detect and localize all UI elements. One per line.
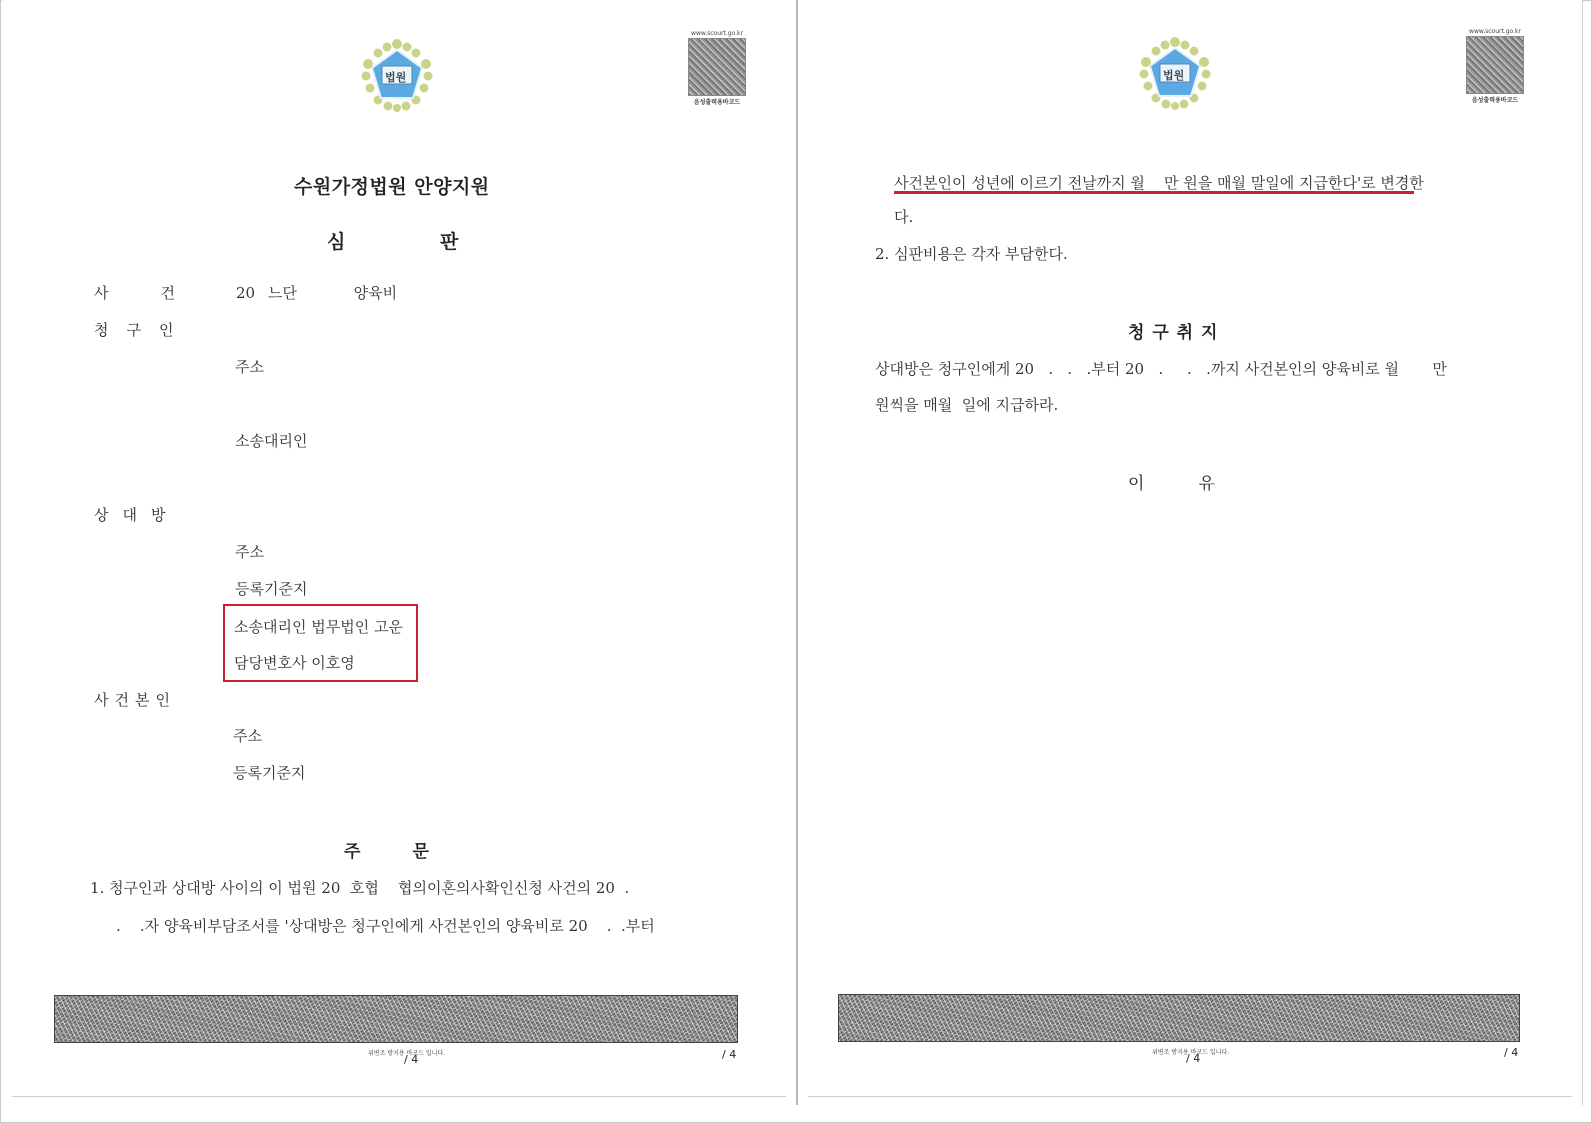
label-char: 건 bbox=[115, 691, 130, 709]
court-emblem-icon: 법원 bbox=[1138, 36, 1212, 110]
order-item-2: 2. 심판비용은 각자 부담한다. bbox=[875, 243, 1068, 264]
court-emblem-icon: 법원 bbox=[360, 38, 434, 112]
claimant-address-label: 주소 bbox=[235, 356, 264, 377]
court-name: 수원가정법원 안양지원 bbox=[294, 172, 490, 199]
respondent-registry-label: 등록기준지 bbox=[235, 578, 307, 599]
claimant-label: 청구인 bbox=[94, 319, 174, 340]
qr-caption: 음성출력용바코드 bbox=[1466, 95, 1524, 104]
heading-char: 주 bbox=[344, 842, 360, 862]
subject-label: 사건본인 bbox=[94, 689, 170, 710]
order-heading: 주문 bbox=[344, 837, 429, 862]
order-line-2: . .자 양육비부담조서를 '상대방은 청구인에게 사건본인의 양육비로 20 … bbox=[116, 915, 655, 936]
document-title: 심 판 bbox=[327, 227, 458, 254]
label-char: 청 bbox=[94, 321, 109, 339]
claim-heading: 청 구 취 지 bbox=[1128, 318, 1217, 343]
case-number: 20 느단 양육비 bbox=[236, 282, 397, 303]
respondent-agent-line: 소송대리인 법무법인 고운 bbox=[234, 616, 403, 637]
label-char: 상 bbox=[94, 506, 109, 524]
heading-char: 문 bbox=[412, 842, 428, 862]
label-char: 사 bbox=[94, 284, 109, 302]
qr-url: www.scourt.go.kr bbox=[1466, 28, 1524, 35]
qr-code-icon bbox=[688, 38, 746, 96]
page-number-center: / 4 bbox=[404, 1053, 418, 1066]
case-label: 사건 bbox=[94, 282, 175, 303]
qr-code-icon bbox=[1466, 36, 1524, 94]
claim-line-1: 상대방은 청구인에게 20 . . .부터 20 . . .까지 사건본인의 양… bbox=[875, 358, 1447, 379]
respondent-address-label: 주소 bbox=[235, 541, 264, 562]
label-char: 구 bbox=[127, 321, 142, 339]
label-char: 방 bbox=[151, 506, 166, 524]
heading-char: 유 bbox=[1198, 474, 1214, 494]
continued-order-line: 사건본인이 성년에 이르기 전날까지 월 만 원을 매월 말일에 지급한다'로 … bbox=[894, 172, 1424, 193]
qr-caption: 음성출력용바코드 bbox=[688, 97, 746, 106]
emblem-text: 법원 bbox=[385, 69, 406, 85]
continued-order-line-2: 다. bbox=[894, 206, 913, 227]
subject-address-label: 주소 bbox=[233, 725, 262, 746]
claim-line-2: 원씩을 매월 일에 지급하라. bbox=[875, 394, 1058, 415]
red-underline bbox=[894, 191, 1414, 194]
label-char: 인 bbox=[156, 691, 171, 709]
label-char: 사 bbox=[94, 691, 109, 709]
line-tail: 로 변경한 bbox=[1361, 174, 1424, 192]
respondent-lawyer-line: 담당변호사 이호영 bbox=[234, 652, 355, 673]
anti-forgery-barcode bbox=[54, 995, 738, 1043]
case-year: 20 bbox=[236, 284, 255, 302]
claimant-agent-label: 소송대리인 bbox=[235, 430, 307, 451]
qr-code-block: www.scourt.go.kr 음성출력용바코드 bbox=[688, 30, 746, 106]
underlined-text: 사건본인이 성년에 이르기 전날까지 월 만 원을 매월 말일에 지급한다' bbox=[894, 174, 1361, 192]
order-line-1: 1. 청구인과 상대방 사이의 이 법원 20 호협 협의이혼의사확인신청 사건… bbox=[90, 877, 629, 898]
page-number-right: / 4 bbox=[722, 1048, 736, 1061]
title-char: 판 bbox=[440, 227, 458, 254]
document-page-1: 법원 www.scourt.go.kr 음성출력용바코드 수원가정법원 안양지원… bbox=[2, 0, 798, 1105]
subject-registry-label: 등록기준지 bbox=[233, 762, 305, 783]
anti-forgery-barcode bbox=[838, 994, 1520, 1042]
case-type: 느단 bbox=[268, 284, 297, 302]
page-bottom-rule bbox=[808, 1096, 1572, 1097]
qr-url: www.scourt.go.kr bbox=[688, 30, 746, 37]
document-page-2: 법원 www.scourt.go.kr 음성출력용바코드 사건본인이 성년에 이… bbox=[798, 0, 1583, 1105]
reason-heading: 이유 bbox=[1128, 469, 1215, 494]
label-char: 인 bbox=[159, 321, 174, 339]
label-char: 본 bbox=[135, 691, 150, 709]
heading-char: 이 bbox=[1128, 474, 1144, 494]
page-bottom-rule bbox=[12, 1096, 786, 1097]
page-number-center: / 4 bbox=[1186, 1052, 1200, 1065]
label-char: 대 bbox=[123, 506, 138, 524]
respondent-label: 상대방 bbox=[94, 504, 166, 525]
page-number-right: / 4 bbox=[1504, 1046, 1518, 1059]
title-char: 심 bbox=[327, 227, 345, 254]
label-char: 건 bbox=[161, 284, 176, 302]
case-name: 양육비 bbox=[354, 284, 397, 302]
emblem-text: 법원 bbox=[1163, 67, 1184, 83]
qr-code-block: www.scourt.go.kr 음성출력용바코드 bbox=[1466, 28, 1524, 104]
